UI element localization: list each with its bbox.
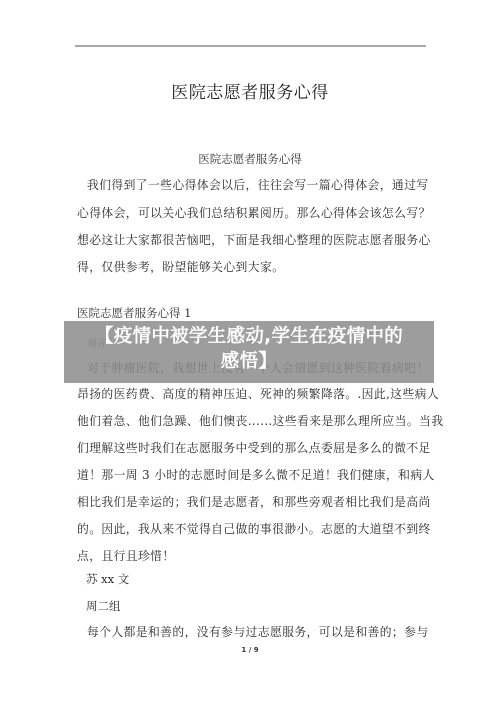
- body-line: 相比我们是幸运的；我们是志愿者，和那些旁观者相比我们是高尚: [77, 494, 431, 510]
- body-line: 昂扬的医药费、高度的精神压迫、死神的频繁降落。.因此,这些病人: [77, 386, 439, 402]
- body-line: 道！那一周 3 小时的志愿时间是多么微不足道！我们健康，和病人: [77, 467, 435, 483]
- intro-line: 想必这让大家都很苦恼吧，下面是我细心整理的医院志愿者服务心: [77, 232, 431, 248]
- overlay-title-line1: 【疫情中被学生感动,学生在疫情中的: [64, 324, 434, 349]
- document-subtitle: 医院志愿者服务心得: [0, 151, 500, 167]
- overlay-title-line2: 感悟】: [64, 349, 434, 374]
- body-line: 的。因此，我从来不觉得自己做的事很渺小。志愿的大道望不到终: [77, 521, 431, 537]
- page-indicator: 1 / 9: [0, 646, 500, 654]
- group-name: 周二组: [86, 598, 121, 614]
- intro-line: 我们得到了一些心得体会以后，往往会写一篇心得体会，通过写: [87, 177, 429, 193]
- document-title: 医院志愿者服务心得: [0, 78, 500, 103]
- body-line: 他们着急、他们急躁、他们懊丧......这些看来是那么理所应当。当我: [77, 413, 443, 429]
- body-line: 们理解这些时我们在志愿服务中受到的那么点委屈是多么的微不足: [77, 440, 431, 456]
- author-name: 苏 xx 文: [86, 571, 129, 587]
- body-line: 点，且行且珍惜！: [77, 548, 175, 564]
- section-heading: 医院志愿者服务心得 1: [77, 305, 191, 321]
- intro-line: 心得体会，可以关心我们总结积累阅历。那么心得体会该怎么写？: [77, 205, 431, 221]
- body-line: 每个人都是和善的，没有参与过志愿服务，可以是和善的；参与: [87, 624, 429, 640]
- header-rule: [75, 45, 426, 47]
- overlay-title[interactable]: 【疫情中被学生感动,学生在疫情中的 感悟】: [64, 324, 434, 374]
- intro-line: 得，仅供参考，盼望能够关心到大家。: [77, 259, 284, 275]
